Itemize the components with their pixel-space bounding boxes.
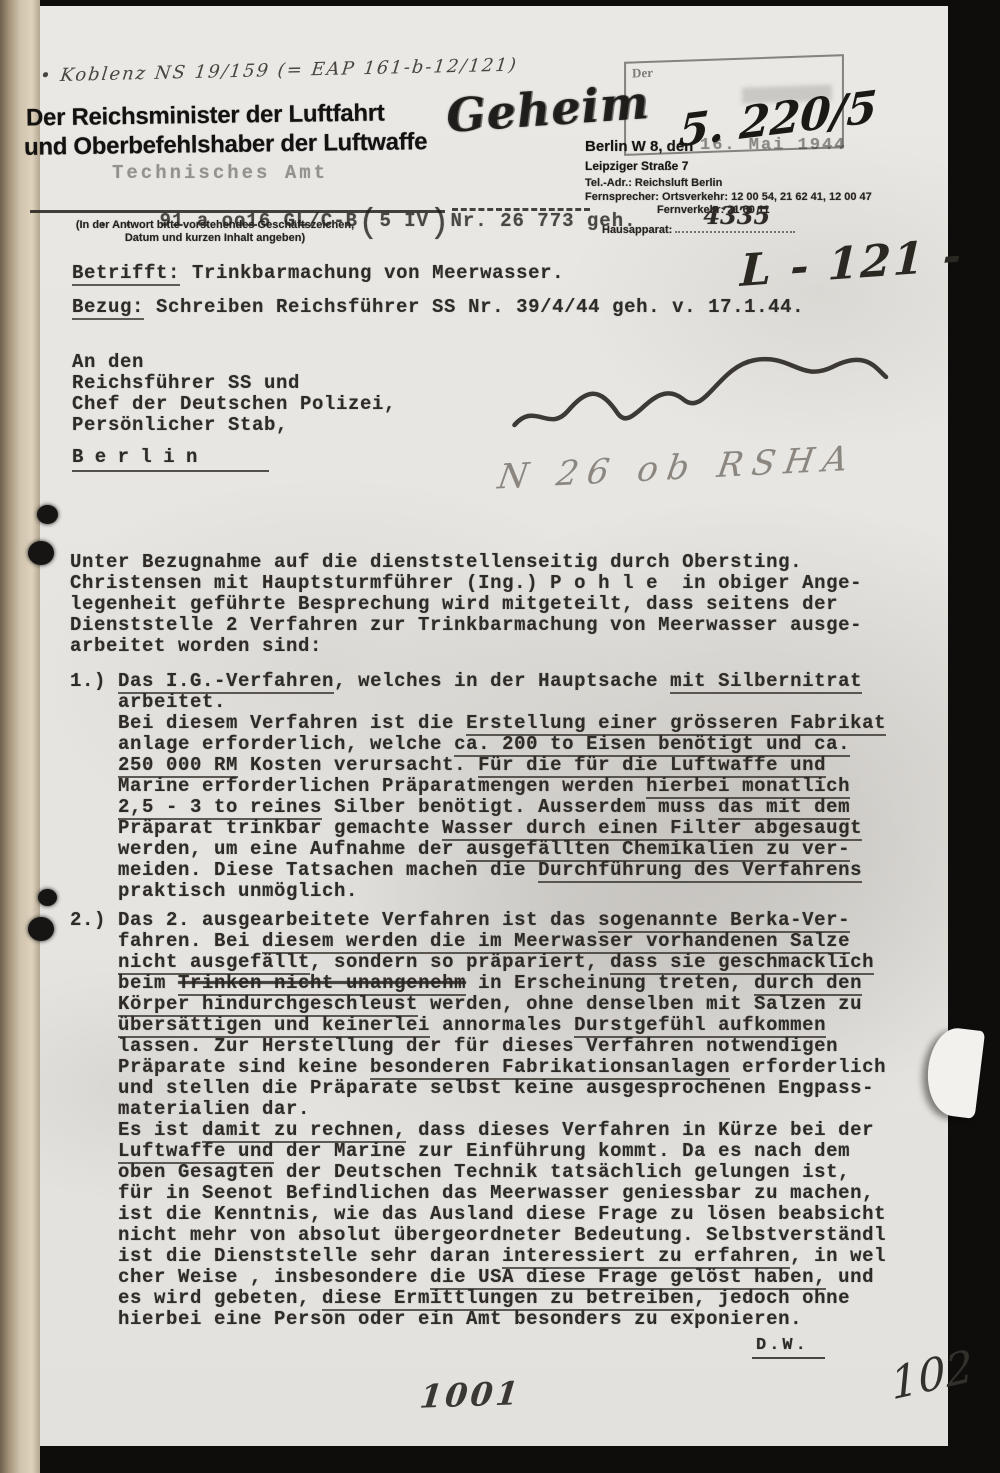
typed-line: ist die Kenntnis, wie das Ausland diese …: [70, 1204, 886, 1225]
typed-line: nicht mehr von absolut übergeordneter Be…: [70, 1225, 886, 1246]
typed-line: Präparate sind keine besonderen Fabrikat…: [70, 1057, 886, 1078]
body-intro: Unter Bezugnahme auf die dienststellense…: [70, 552, 862, 657]
typed-line: und stellen die Präparate selbst keine a…: [70, 1078, 886, 1099]
recipient-line: Reichsführer SS und: [72, 373, 396, 394]
punch-hole: [28, 917, 54, 941]
typed-line: fahren. Bei diesem werden die im Meerwas…: [70, 931, 886, 952]
tel-adr-line: Tel.-Adr.: Reichsluft Berlin: [585, 177, 722, 190]
reference-underline-dashed: [452, 208, 590, 211]
typed-line: anlage erforderlich, welche ca. 200 to E…: [70, 734, 886, 755]
typed-line: beim Trinken nicht unangenehm in Erschei…: [70, 973, 886, 994]
typed-line: arbeitet worden sind:: [70, 636, 862, 657]
typed-line: werden, um eine Aufnahme der ausgefällte…: [70, 839, 886, 860]
typed-line: praktisch unmöglich.: [70, 881, 886, 902]
street-line: Leipziger Straße 7: [585, 159, 688, 173]
subject-line: Betrifft: Trinkbarmachung von Meerwasser…: [72, 262, 564, 284]
typed-line: meiden. Diese Tatsachen machen die Durch…: [70, 860, 886, 881]
typed-line: es wird gebeten, diese Ermittlungen zu b…: [70, 1288, 886, 1309]
typed-line: Es ist damit zu rechnen, dass dieses Ver…: [70, 1120, 886, 1141]
hausapparat-dotted-line: 4335: [675, 231, 795, 233]
punch-hole: [28, 541, 54, 565]
typed-line: nicht ausgefällt, sondern so präpariert,…: [70, 952, 886, 973]
recipient-city-text: B e r l i n: [72, 446, 269, 472]
letterhead-line2: und Oberbefehlshaber der Luftwaffe: [24, 128, 428, 162]
body-item1: 1.) Das I.G.-Verfahren, welches in der H…: [70, 671, 886, 902]
typed-line: Christensen mit Hauptsturmführer (Ing.) …: [70, 573, 862, 594]
recipient-city: B e r l i n: [72, 446, 269, 472]
book-binding-edge: [0, 0, 40, 1473]
typed-line: für in Seenot Befindlichen das Meerwasse…: [70, 1183, 886, 1204]
punch-hole: [37, 505, 58, 524]
office-name: Technisches Amt: [112, 162, 328, 184]
reference-underline: [30, 210, 445, 213]
typed-line: cher Weise , insbesondere die USA diese …: [70, 1267, 886, 1288]
typed-line: lassen. Zur Herstellung der für dieses V…: [70, 1036, 886, 1057]
recipient-block: An denReichsführer SS undChef der Deutsc…: [72, 352, 396, 436]
typed-line: hierbei eine Person oder ein Amt besonde…: [70, 1309, 886, 1330]
recipient-line: Persönlicher Stab,: [72, 415, 396, 436]
typed-line: materialien dar.: [70, 1099, 886, 1120]
letterhead-line1: Der Reichsminister der Luftfahrt: [26, 99, 385, 132]
subject-label: Betrifft:: [72, 262, 180, 286]
typed-line: 2,5 - 3 to reines Silber benötigt. Ausse…: [70, 797, 886, 818]
typed-line: oben Gesagten der Deutschen Technik tats…: [70, 1162, 886, 1183]
typed-line: Marine erforderlichen Präparatmengen wer…: [70, 776, 886, 797]
page-number-bottom: 1001: [418, 1374, 523, 1416]
subject-text: Trinkbarmachung von Meerwasser.: [180, 262, 564, 284]
initials: D.W.: [752, 1336, 825, 1359]
typed-line: legenheit geführte Besprechung wird mitg…: [70, 594, 862, 615]
punch-hole: [38, 889, 57, 906]
hausapparat-line: Hausapparat: 4335: [602, 224, 795, 237]
typed-line: Präparat trinkbar gemachte Wasser durch …: [70, 818, 886, 839]
document-photo: • Koblenz NS 19/159 (= EAP 161-b-12/121)…: [0, 0, 1000, 1473]
hausapparat-label: Hausapparat:: [602, 224, 672, 236]
body-item2: 2.) Das 2. ausgearbeitete Verfahren ist …: [70, 910, 886, 1330]
typed-line: Luftwaffe und der Marine zur Einführung …: [70, 1141, 886, 1162]
typed-line: ist die Dienststelle sehr daran interess…: [70, 1246, 886, 1267]
bezug-line: Bezug: Schreiben Reichsführer SS Nr. 39/…: [72, 296, 804, 318]
typed-line: 2.) Das 2. ausgearbeitete Verfahren ist …: [70, 910, 886, 931]
initials-text: D.W.: [752, 1336, 825, 1359]
typed-line: Unter Bezugnahme auf die dienststellense…: [70, 552, 862, 573]
typed-line: arbeitet.: [70, 692, 886, 713]
reply-note-line1: (In der Antwort bitte vorstehendes Gesch…: [60, 219, 370, 232]
recipient-line: An den: [72, 352, 396, 373]
typed-line: übersättigen und keinerlei annormales Du…: [70, 1015, 886, 1036]
typed-line: Dienststelle 2 Verfahren zur Trinkbarmac…: [70, 615, 862, 636]
reference-mid: 5 IV: [379, 210, 429, 232]
typed-line: Körper hindurchgeschleust werden, ohne d…: [70, 994, 886, 1015]
reply-note-line2: Datum und kurzen Inhalt angeben): [60, 232, 370, 245]
typed-line: 250 000 RM Kosten verursacht. Für die fü…: [70, 755, 886, 776]
typed-line: 1.) Das I.G.-Verfahren, welches in der H…: [70, 671, 886, 692]
hausapparat-value: 4335: [703, 209, 770, 222]
bezug-label: Bezug:: [72, 296, 144, 320]
stamp-box-text: Der: [632, 65, 653, 82]
bezug-text: Schreiben Reichsführer SS Nr. 39/4/44 ge…: [144, 296, 804, 318]
recipient-line: Chef der Deutschen Polizei,: [72, 394, 396, 415]
typed-line: Bei diesem Verfahren ist die Erstellung …: [70, 713, 886, 734]
